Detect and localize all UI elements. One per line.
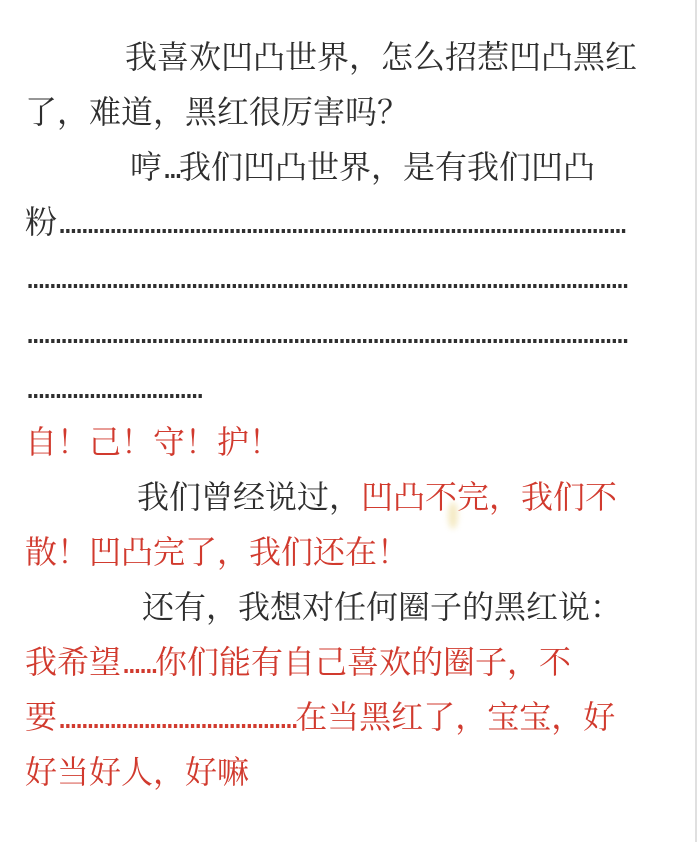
text-run: 散！凹凸完了，我们还在！ <box>25 534 409 570</box>
dot-leader: ........................................… <box>57 698 295 736</box>
dot-leader: ........................................… <box>57 203 624 241</box>
dot-leader: ... <box>162 148 179 186</box>
text-line: 好当好人，好嘛 <box>25 745 665 800</box>
text-line: 哼...我们凹凸世界，是有我们凹凸 <box>25 140 665 195</box>
text-run: 粉 <box>25 204 57 240</box>
page: 我喜欢凹凸世界，怎么招惹凹凸黑红了，难道，黑红很厉害吗？哼...我们凹凸世界，是… <box>0 0 700 842</box>
text-line: 要.......................................… <box>25 690 665 745</box>
text-line: 还有，我想对任何圈子的黑红说： <box>25 580 665 635</box>
text-line: 自！己！守！护！ <box>25 415 665 470</box>
text-line: 了，难道，黑红很厉害吗？ <box>25 85 665 140</box>
dot-leader: ........................................… <box>25 313 626 351</box>
page-right-border <box>695 0 697 842</box>
dot-leader: ............................... <box>25 368 201 406</box>
document-body: 我喜欢凹凸世界，怎么招惹凹凸黑红了，难道，黑红很厉害吗？哼...我们凹凸世界，是… <box>25 30 665 800</box>
text-line: 我希望......你们能有自己喜欢的圈子，不 <box>25 635 665 690</box>
text-run: 凹凸不完，我们不 <box>361 479 617 515</box>
text-run: 你们能有自己喜欢的圈子，不 <box>155 644 571 680</box>
text-line: ........................................… <box>25 250 665 305</box>
text-line: ........................................… <box>25 305 665 360</box>
dot-leader: ........................................… <box>25 258 626 296</box>
text-line: ............................... <box>25 360 665 415</box>
text-run: 我喜欢凹凸世界，怎么招惹凹凸黑红 <box>125 39 637 75</box>
text-line: 我喜欢凹凸世界，怎么招惹凹凸黑红 <box>25 30 665 85</box>
text-run: 要 <box>25 699 57 735</box>
text-run: 我希望 <box>25 644 121 680</box>
text-run: 我们凹凸世界，是有我们凹凸 <box>179 149 595 185</box>
text-run: 了，难道，黑红很厉害吗？ <box>25 94 409 130</box>
text-run: 还有，我想对任何圈子的黑红说： <box>142 589 622 625</box>
text-line: 散！凹凸完了，我们还在！ <box>25 525 665 580</box>
text-run: 我们曾经说过， <box>137 479 361 515</box>
text-run: 哼 <box>130 149 162 185</box>
text-run: 好当好人，好嘛 <box>25 754 249 790</box>
text-run: 自！己！守！护！ <box>25 424 281 460</box>
text-line: 粉.......................................… <box>25 195 665 250</box>
dot-leader: ...... <box>121 643 155 681</box>
text-run: 在当黑红了，宝宝，好 <box>295 699 615 735</box>
text-line: 我们曾经说过，凹凸不完，我们不 <box>25 470 665 525</box>
